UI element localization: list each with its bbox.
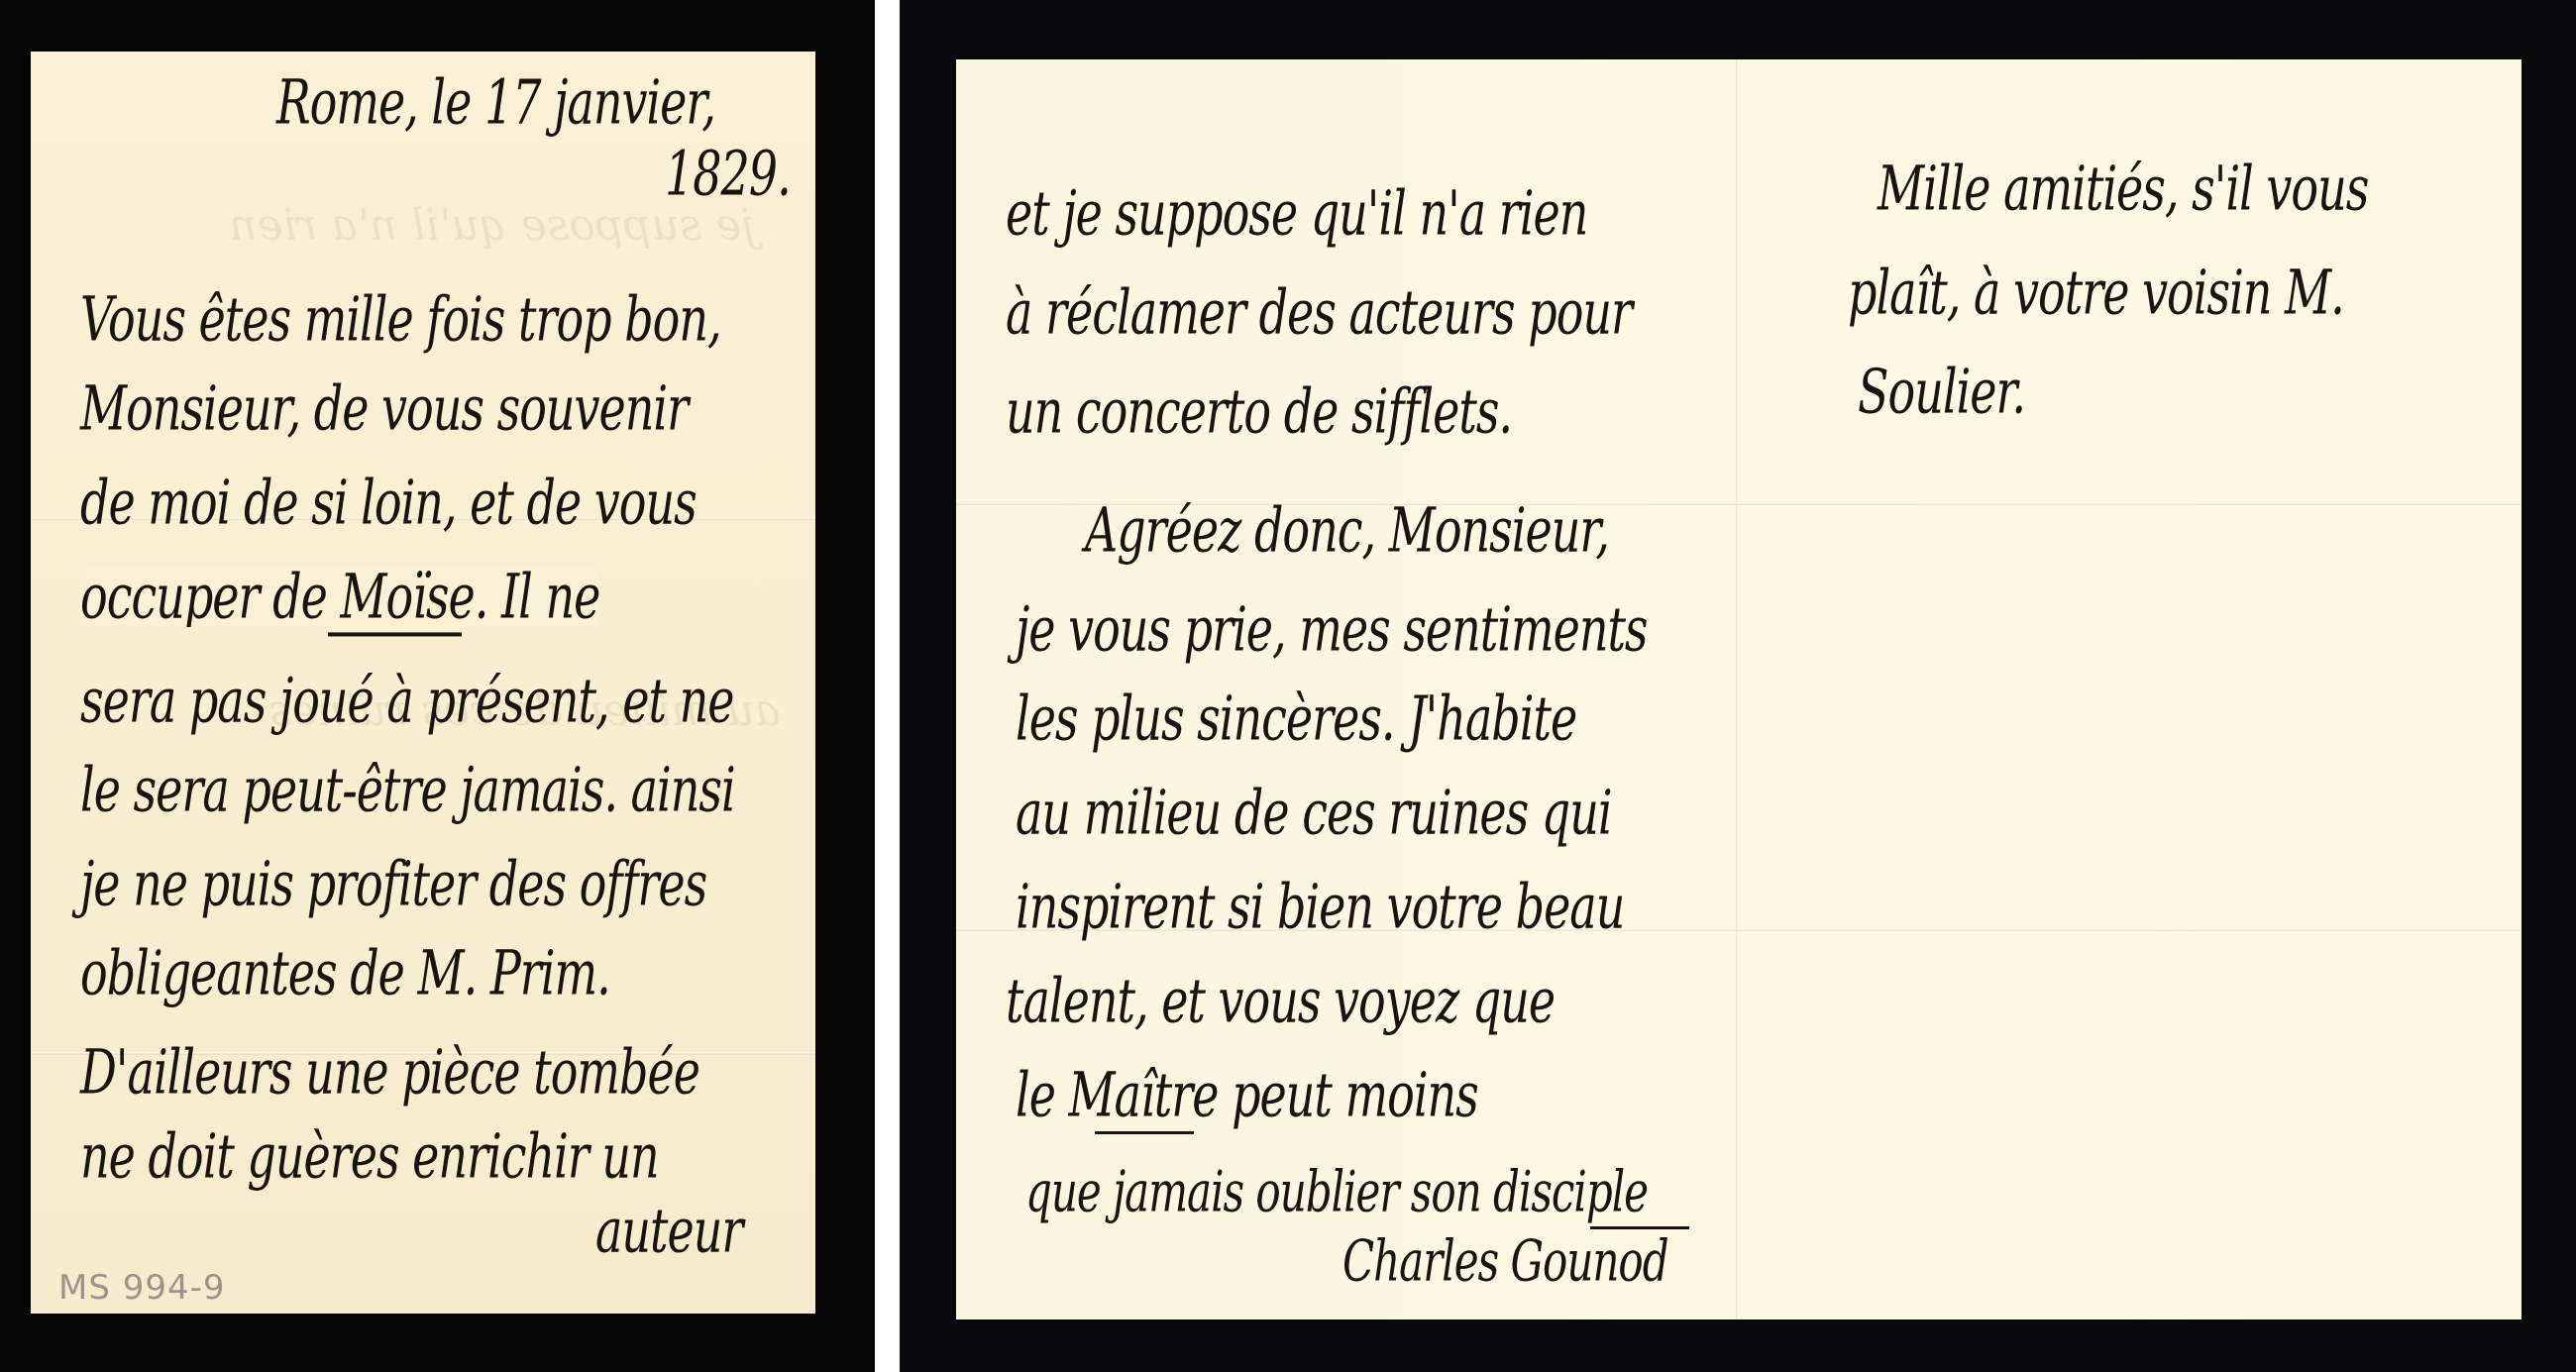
letter-line: ne doit guères enrichir un bbox=[80, 1125, 659, 1187]
postscript-line: plaît, à votre voisin M. bbox=[1848, 262, 2344, 323]
letter-line: je ne puis profiter des offres bbox=[80, 853, 706, 914]
letter-line: auteur bbox=[595, 1200, 742, 1261]
dateline-year: 1829. bbox=[665, 143, 791, 204]
letter-line: Vous êtes mille fois trop bon, bbox=[80, 288, 721, 350]
underline-maitre bbox=[1095, 1131, 1194, 1134]
letter-line: inspirent si bien votre beau bbox=[1016, 876, 1624, 937]
letter-line: sera pas joué à présent, et ne bbox=[80, 670, 733, 731]
letter-line: obligeantes de M. Prim. bbox=[80, 942, 610, 1003]
letter-line: le Maître peut moins bbox=[1016, 1064, 1478, 1125]
right-scan-frame: et je suppose qu'il n'a rien à réclamer … bbox=[900, 0, 2576, 1372]
postscript-line: Mille amitiés, s'il vous bbox=[1878, 158, 2368, 219]
letter-line: un concerto de sifflets. bbox=[1006, 380, 1512, 442]
right-letter-spread: et je suppose qu'il n'a rien à réclamer … bbox=[956, 59, 2522, 1319]
letter-line: D'ailleurs une pièce tombée bbox=[80, 1041, 699, 1103]
letter-line: au milieu de ces ruines qui bbox=[1016, 782, 1612, 843]
signature: Charles Gounod bbox=[1342, 1233, 1668, 1290]
letter-line: talent, et vous voyez que bbox=[1006, 970, 1555, 1031]
letter-line-text: occuper de Moïse. Il ne bbox=[80, 561, 599, 633]
left-letter-page: je suppose qu'il n'a rien au milieu de c… bbox=[31, 52, 815, 1314]
letter-line: à réclamer des acteurs pour bbox=[1006, 281, 1632, 343]
letter-line: les plus sincères. J'habite bbox=[1016, 687, 1576, 749]
letter-line: je vous prie, mes sentiments bbox=[1016, 598, 1648, 660]
letter-line: le sera peut-être jamais. ainsi bbox=[80, 759, 735, 820]
left-scan-frame: je suppose qu'il n'a rien au milieu de c… bbox=[0, 0, 875, 1372]
letter-line: que jamais oublier son disciple bbox=[1025, 1164, 1648, 1220]
letter-line: et je suppose qu'il n'a rien bbox=[1006, 182, 1587, 244]
letter-line: occuper de Moïse. Il ne bbox=[80, 566, 599, 627]
letter-line: Agréez donc, Monsieur, bbox=[1085, 499, 1609, 561]
postscript-line: Soulier. bbox=[1858, 361, 2025, 422]
catalog-number: MS 994-9 bbox=[58, 1268, 226, 1308]
letter-line: Monsieur, de vous souvenir bbox=[80, 377, 688, 439]
center-fold-line bbox=[1736, 59, 1739, 1319]
dateline-place-date: Rome, le 17 janvier, bbox=[276, 71, 715, 133]
letter-line: de moi de si loin, et de vous bbox=[80, 472, 697, 533]
